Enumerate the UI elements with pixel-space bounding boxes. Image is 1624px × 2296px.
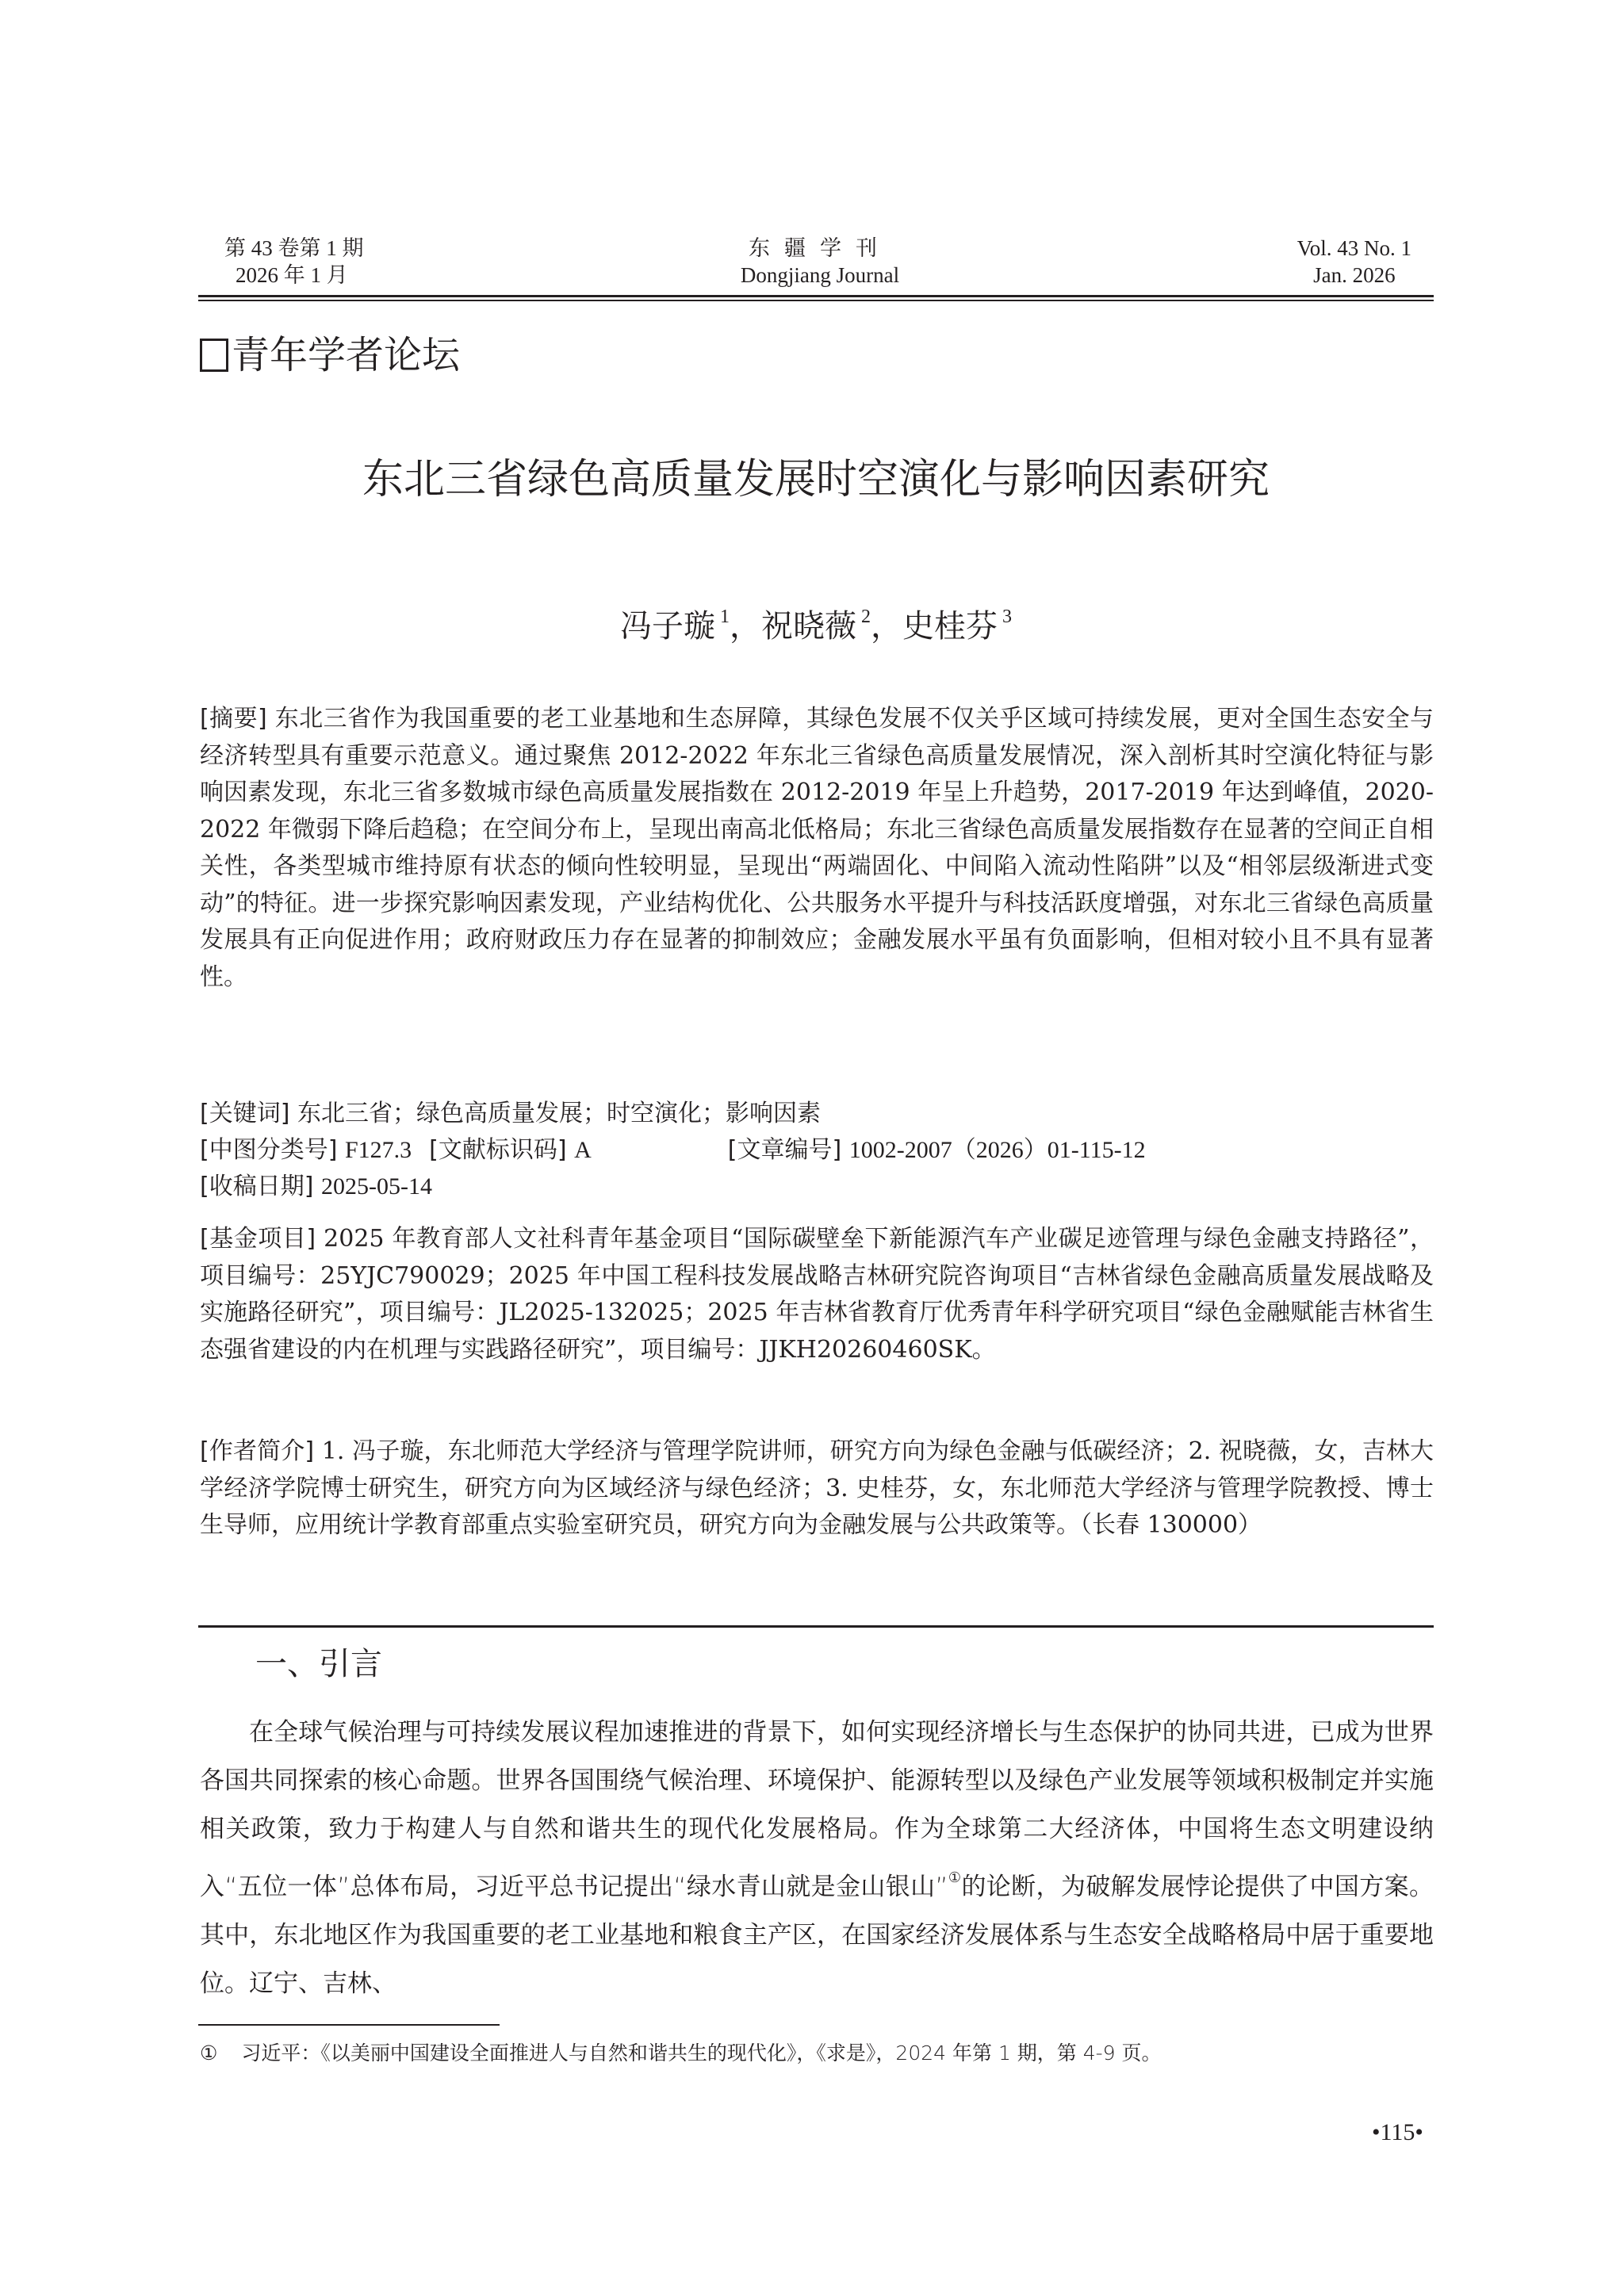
empty-square-icon — [200, 339, 228, 372]
bio-text: 1. 冯子璇，东北师范大学经济与管理学院讲师，研究方向为绿色金融与低碳经济；2.… — [200, 1437, 1434, 1539]
clc-label: [中图分类号] — [200, 1136, 337, 1164]
journal-name-cn: 东疆学刊 — [653, 235, 986, 262]
header-double-rule — [198, 295, 1434, 302]
footnote-mark: ① — [200, 2042, 217, 2064]
author-name: 史桂芬 — [902, 608, 998, 645]
column-label: 青年学者论坛 — [200, 331, 460, 379]
abstract-label: [摘要] — [200, 705, 267, 733]
volume-issue-en: Vol. 43 No. 1 — [1297, 235, 1411, 262]
keywords-label: [关键词] — [200, 1100, 289, 1127]
received-value: 2025-05-14 — [321, 1173, 432, 1200]
running-header-right: Vol. 43 No. 1 Jan. 2026 — [1297, 235, 1411, 289]
running-header-left: 第 43 卷第 1 期 2026 年 1 月 — [224, 235, 364, 289]
doc-code-label: [文献标识码] — [429, 1136, 566, 1164]
abstract: [摘要] 东北三省作为我国重要的老工业基地和生态屏障，其绿色发展不仅关乎区域可持… — [200, 701, 1434, 996]
footnote-separator — [198, 2024, 500, 2026]
funding: [基金项目] 2025 年教育部人文社科青年基金项目“国际碳壁垒下新能源汽车产业… — [200, 1221, 1434, 1368]
received-date: [收稿日期] 2025-05-14 — [200, 1169, 1434, 1206]
header-rule-top — [198, 295, 1434, 297]
author-list: 冯子璇1，祝晓薇2，史桂芬3 — [198, 595, 1434, 649]
clc-value: F127.3 — [345, 1137, 412, 1163]
footnote: ①习近平：《以美丽中国建设全面推进人与自然和谐共生的现代化》，《求是》，2024… — [200, 2040, 1434, 2067]
abstract-end-rule — [198, 1625, 1434, 1628]
abstract-text: 东北三省作为我国重要的老工业基地和生态屏障，其绿色发展不仅关乎区域可持续发展，更… — [200, 705, 1434, 991]
footnote-text: 习近平：《以美丽中国建设全面推进人与自然和谐共生的现代化》，《求是》，2024 … — [241, 2042, 1161, 2064]
footnote-ref[interactable]: ① — [948, 1869, 962, 1886]
author-affiliation-mark: 3 — [1002, 607, 1012, 627]
doc-code-field: [文献标识码] A — [429, 1132, 592, 1169]
column-label-text: 青年学者论坛 — [232, 331, 460, 379]
author-affiliation-mark: 1 — [720, 607, 730, 627]
header-rule-bottom — [198, 300, 1434, 301]
article-no-field: [文章编号] 1002-2007（2026）01-115-12 — [728, 1132, 1146, 1169]
keywords: [关键词] 东北三省；绿色高质量发展；时空演化；影响因素 — [200, 1096, 1434, 1133]
funding-label: [基金项目] — [200, 1225, 316, 1253]
author-name: 冯子璇 — [620, 608, 715, 645]
classification-line: [中图分类号] F127.3 [文献标识码] A [文章编号] 1002-200… — [200, 1132, 1434, 1169]
author-separator: ， — [730, 608, 761, 645]
keywords-text: 东北三省；绿色高质量发展；时空演化；影响因素 — [297, 1100, 821, 1127]
article-no-label: [文章编号] — [728, 1136, 841, 1164]
article-no-value: 1002-2007（2026）01-115-12 — [849, 1137, 1146, 1163]
volume-issue: 第 43 卷第 1 期 — [224, 235, 364, 262]
journal-name-en: Dongjiang Journal — [653, 262, 986, 289]
doc-code-value: A — [574, 1137, 592, 1163]
funding-text: 2025 年教育部人文社科青年基金项目“国际碳壁垒下新能源汽车产业碳足迹管理与绿… — [200, 1225, 1434, 1364]
body-paragraph: 在全球气候治理与可持续发展议程加速推进的背景下，如何实现经济增长与生态保护的协同… — [200, 1709, 1434, 2008]
issue-date-en: Jan. 2026 — [1297, 262, 1411, 289]
author-affiliation-mark: 2 — [861, 607, 871, 627]
author-separator: ， — [871, 608, 902, 645]
author-bio: [作者简介] 1. 冯子璇，东北师范大学经济与管理学院讲师，研究方向为绿色金融与… — [200, 1433, 1434, 1544]
paper-title: 东北三省绿色高质量发展时空演化与影响因素研究 — [198, 452, 1434, 507]
clc-field: [中图分类号] F127.3 — [200, 1132, 412, 1169]
author-name: 祝晓薇 — [761, 608, 856, 645]
section-heading: 一、引言 — [255, 1643, 382, 1686]
received-label: [收稿日期] — [200, 1173, 313, 1200]
page-number: •115• — [1372, 2117, 1423, 2149]
running-header-center: 东疆学刊 Dongjiang Journal — [653, 235, 986, 289]
bio-label: [作者简介] — [200, 1437, 314, 1465]
issue-date-cn: 2026 年 1 月 — [224, 262, 364, 289]
